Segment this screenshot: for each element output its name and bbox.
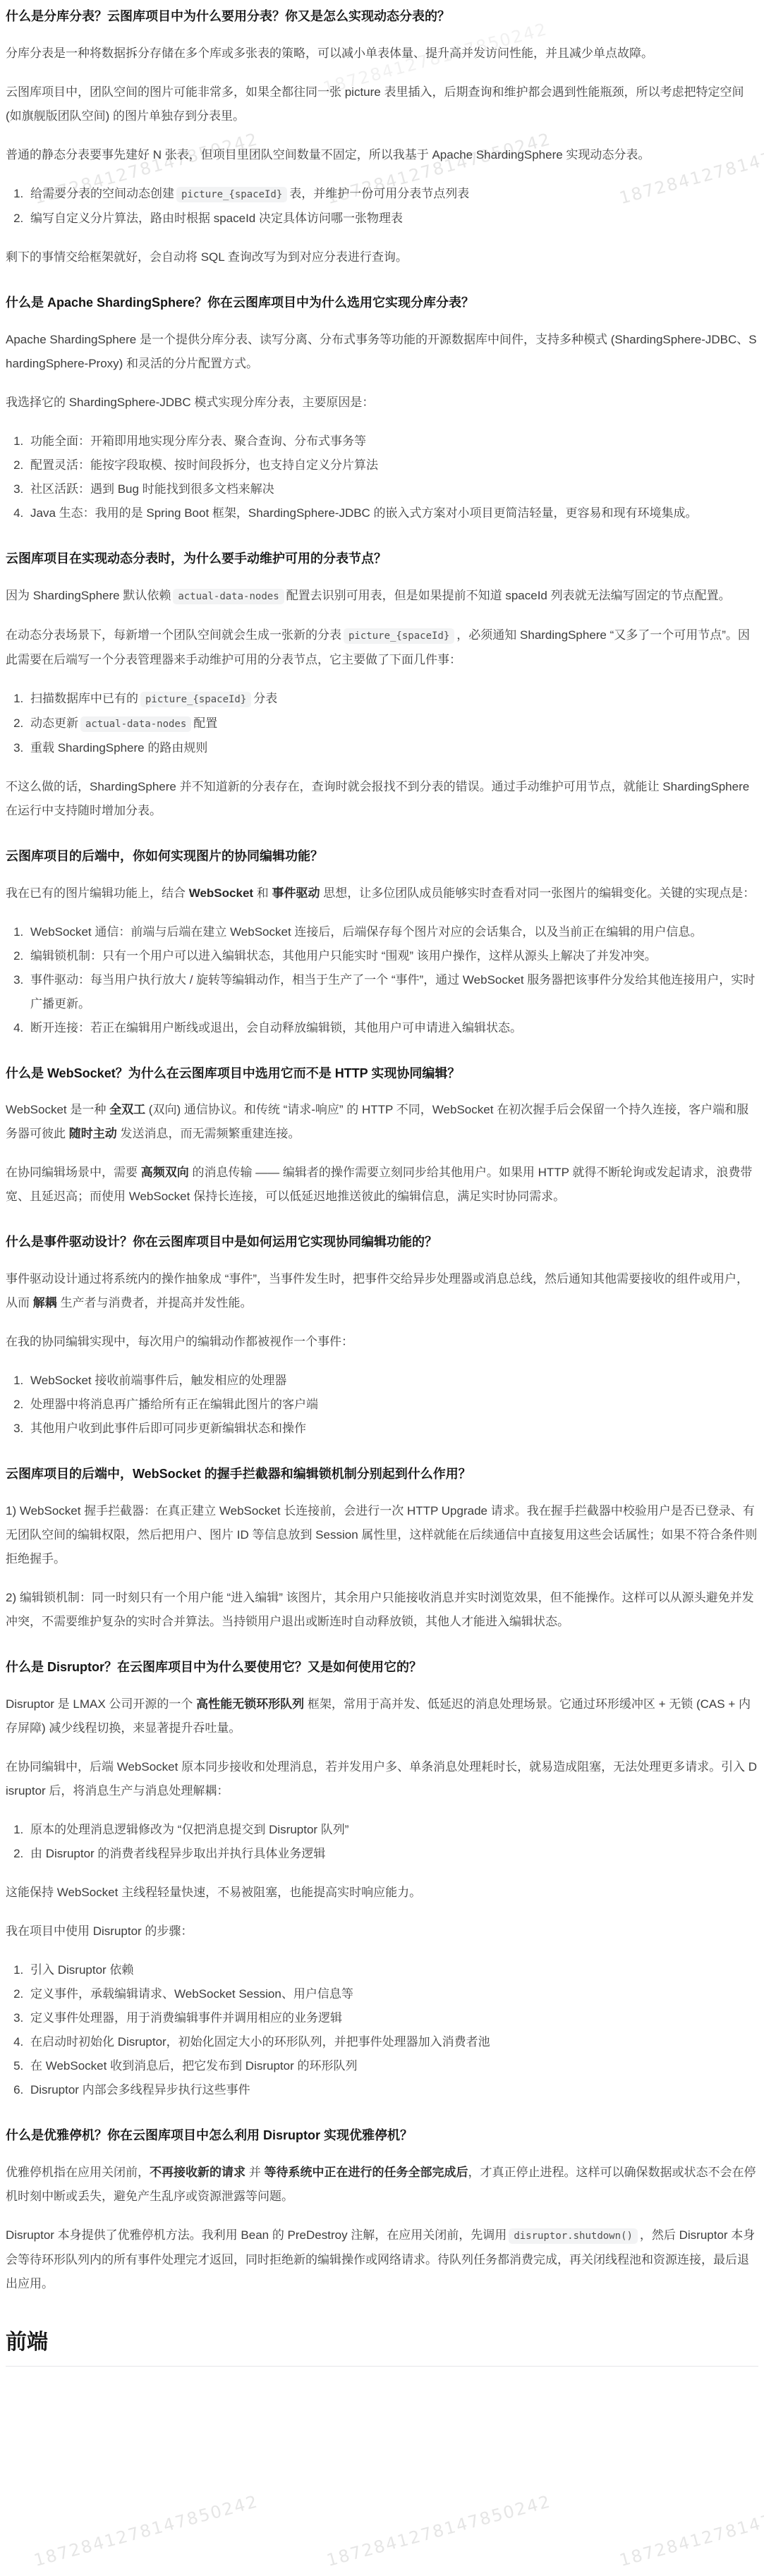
text-run: 事件驱动：每当用户执行放大 / 旋转等编辑动作，相当于生产了一个 “事件”，通过… (30, 973, 755, 1011)
paragraph: 这能保持 WebSocket 主线程轻量快速，不易被阻塞，也能提高实时响应能力。 (6, 1881, 758, 1905)
paragraph: WebSocket 是一种 全双工 (双向) 通信协议。和传统 “请求-响应” … (6, 1098, 758, 1146)
text-run: 定义事件，承载编辑请求、WebSocket Session、用户信息等 (30, 1987, 353, 2001)
paragraph: Disruptor 本身提供了优雅停机方法。我利用 Bean 的 PreDest… (6, 2223, 758, 2296)
paragraph: 因为 ShardingSphere 默认依赖actual-data-nodes配… (6, 584, 758, 609)
inline-code: picture_{spaceId} (344, 628, 454, 644)
paragraph: 在协同编辑场景中，需要 高频双向 的消息传输 —— 编辑者的操作需要立刻同步给其… (6, 1161, 758, 1209)
question-heading: 什么是分库分表？云图库项目中为什么要用分表？你又是怎么实现动态分表的？ (6, 7, 758, 27)
text-run: 定义事件处理器，用于消费编辑事件并调用相应的业务逻辑 (30, 2011, 342, 2025)
text-run: WebSocket 接收前端事件后，触发相应的处理器 (30, 1374, 286, 1387)
ordered-list: 扫描数据库中已有的picture_{spaceId}分表动态更新actual-d… (6, 687, 758, 760)
list-item: 原本的处理消息逻辑修改为 “仅把消息提交到 Disruptor 队列” (27, 1818, 758, 1842)
list-item: 重载 ShardingSphere 的路由规则 (27, 736, 758, 760)
text-run: 因为 ShardingSphere 默认依赖 (6, 589, 171, 602)
text-run: 和 (253, 886, 272, 900)
text-run: 编写自定义分片算法，路由时根据 spaceId 决定具体访问哪一张物理表 (30, 212, 403, 225)
section-divider (6, 2366, 758, 2367)
text-run: 并 (245, 2166, 264, 2179)
bold-text: 高性能无锁环形队列 (196, 1697, 304, 1711)
text-run: Disruptor 本身提供了优雅停机方法。我利用 Bean 的 PreDest… (6, 2228, 507, 2242)
text-run: 社区活跃：遇到 Bug 时能找到很多文档来解决 (30, 482, 274, 496)
text-run: 在协同编辑场景中，需要 (6, 1166, 141, 1179)
question-heading: 什么是优雅停机？你在云图库项目中怎么利用 Disruptor 实现优雅停机？ (6, 2126, 758, 2146)
text-run: 发送消息，而无需频繁重建连接。 (117, 1127, 301, 1140)
text-run: 扫描数据库中已有的 (30, 692, 138, 705)
bold-text: 事件驱动 (272, 886, 320, 900)
text-run: Apache ShardingSphere 是一个提供分库分表、读写分离、分布式… (6, 333, 757, 370)
section-title: 前端 (6, 2328, 758, 2356)
watermark: 1872841278147850242 (617, 2491, 764, 2570)
text-run: 不这么做的话，ShardingSphere 并不知道新的分表存在，查询时就会报找… (6, 780, 749, 817)
text-run: 我在已有的图片编辑功能上，结合 (6, 886, 189, 900)
text-run: 在 WebSocket 收到消息后，把它发布到 Disruptor 的环形队列 (30, 2059, 357, 2073)
list-item: 社区活跃：遇到 Bug 时能找到很多文档来解决 (27, 477, 758, 501)
text-run: 在启动时初始化 Disruptor，初始化固定大小的环形队列，并把事件处理器加入… (30, 2035, 490, 2049)
text-run: 我选择它的 ShardingSphere-JDBC 模式实现分库分表，主要原因是… (6, 396, 374, 409)
list-item: 事件驱动：每当用户执行放大 / 旋转等编辑动作，相当于生产了一个 “事件”，通过… (27, 968, 758, 1016)
question-heading: 什么是事件驱动设计？你在云图库项目中是如何运用它实现协同编辑功能的？ (6, 1233, 758, 1252)
ordered-list: WebSocket 通信：前端与后端在建立 WebSocket 连接后，后端保存… (6, 920, 758, 1040)
ordered-list: 给需要分表的空间动态创建picture_{spaceId}表，并维护一份可用分表… (6, 182, 758, 231)
text-run: Java 生态：我用的是 Spring Boot 框架，ShardingSphe… (30, 506, 698, 520)
question-heading: 云图库项目在实现动态分表时，为什么要手动维护可用的分表节点？ (6, 549, 758, 569)
text-run: 给需要分表的空间动态创建 (30, 187, 174, 200)
list-item: 配置灵活：能按字段取模、按时间段拆分，也支持自定义分片算法 (27, 453, 758, 477)
text-run: 优雅停机指在应用关闭前， (6, 2166, 150, 2179)
list-item: 功能全面：开箱即用地实现分库分表、聚合查询、分布式事务等 (27, 429, 758, 453)
watermark: 1872841278147850242 (325, 2491, 553, 2570)
text-run: 这能保持 WebSocket 主线程轻量快速，不易被阻塞，也能提高实时响应能力。 (6, 1886, 421, 1899)
list-item: 在 WebSocket 收到消息后，把它发布到 Disruptor 的环形队列 (27, 2054, 758, 2078)
ordered-list: WebSocket 接收前端事件后，触发相应的处理器处理器中将消息再广播给所有正… (6, 1369, 758, 1441)
text-run: 断开连接：若正在编辑用户断线或退出，会自动释放编辑锁，其他用户可申请进入编辑状态… (30, 1021, 522, 1034)
ordered-list: 功能全面：开箱即用地实现分库分表、聚合查询、分布式事务等配置灵活：能按字段取模、… (6, 429, 758, 525)
text-run: 我在项目中使用 Disruptor 的步骤： (6, 1924, 193, 1938)
paragraph: 事件驱动设计通过将系统内的操作抽象成 “事件”，当事件发生时，把事件交给异步处理… (6, 1267, 758, 1315)
text-run: WebSocket 通信：前端与后端在建立 WebSocket 连接后，后端保存… (30, 925, 702, 939)
text-run: 2) 编辑锁机制：同一时刻只有一个用户能 “进入编辑” 该图片，其余用户只能接收… (6, 1591, 754, 1628)
text-run: 表，并维护一份可用分表节点列表 (289, 187, 469, 200)
paragraph: Disruptor 是 LMAX 公司开源的一个 高性能无锁环形队列 框架，常用… (6, 1692, 758, 1740)
text-run: 云图库项目中，团队空间的图片可能非常多，如果全都往同一张 picture 表里插… (6, 85, 744, 123)
text-run: 1) WebSocket 握手拦截器：在真正建立 WebSocket 长连接前，… (6, 1504, 757, 1565)
text-run: 动态更新 (30, 716, 78, 730)
text-run: 普通的静态分表要事先建好 N 张表，但项目里团队空间数量不固定，所以我基于 Ap… (6, 148, 650, 161)
paragraph: 在我的协同编辑实现中，每次用户的编辑动作都被视作一个事件： (6, 1330, 758, 1354)
text-run: 原本的处理消息逻辑修改为 “仅把消息提交到 Disruptor 队列” (30, 1823, 348, 1836)
inline-code: actual-data-nodes (80, 716, 191, 732)
question-heading: 什么是 Disruptor？在云图库项目中为什么要使用它？又是如何使用它的？ (6, 1658, 758, 1678)
list-item: 断开连接：若正在编辑用户断线或退出，会自动释放编辑锁，其他用户可申请进入编辑状态… (27, 1016, 758, 1040)
page: 1872841278147850242 1872841278147850242 … (0, 0, 764, 2576)
text-run: 其他用户收到此事件后即可同步更新编辑状态和操作 (30, 1422, 306, 1435)
bold-text: 随时主动 (69, 1127, 117, 1140)
text-run: 配置灵活：能按字段取模、按时间段拆分，也支持自定义分片算法 (30, 458, 378, 472)
paragraph: 普通的静态分表要事先建好 N 张表，但项目里团队空间数量不固定，所以我基于 Ap… (6, 143, 758, 167)
list-item: 扫描数据库中已有的picture_{spaceId}分表 (27, 687, 758, 712)
text-run: 由 Disruptor 的消费者线程异步取出并执行具体业务逻辑 (30, 1847, 325, 1860)
paragraph: 在动态分表场景下，每新增一个团队空间就会生成一张新的分表picture_{spa… (6, 623, 758, 672)
list-item: 编辑锁机制：只有一个用户可以进入编辑状态，其他用户只能实时 “围观” 该用户操作… (27, 944, 758, 968)
inline-code: picture_{spaceId} (140, 692, 251, 707)
text-run: 思想，让多位团队成员能够实时查看对同一张图片的编辑变化。关键的实现点是： (320, 886, 756, 900)
text-run: Disruptor 内部会多线程异步执行这些事件 (30, 2083, 250, 2096)
paragraph: 1) WebSocket 握手拦截器：在真正建立 WebSocket 长连接前，… (6, 1499, 758, 1571)
inline-code: disruptor.shutdown() (509, 2228, 638, 2244)
text-run: 配置去识别可用表，但是如果提前不知道 spaceId 列表就无法编写固定的节点配… (286, 589, 731, 602)
text-run: 编辑锁机制：只有一个用户可以进入编辑状态，其他用户只能实时 “围观” 该用户操作… (30, 949, 657, 963)
text-run: 功能全面：开箱即用地实现分库分表、聚合查询、分布式事务等 (30, 434, 366, 448)
text-run: 在协同编辑中，后端 WebSocket 原本同步接收和处理消息，若并发用户多、单… (6, 1760, 757, 1797)
text-run: 分库分表是一种将数据拆分存储在多个库或多张表的策略，可以减小单表体量、提升高并发… (6, 47, 653, 60)
question-heading: 什么是 WebSocket？为什么在云图库项目中选用它而不是 HTTP 实现协同… (6, 1064, 758, 1084)
paragraph: 我在已有的图片编辑功能上，结合 WebSocket 和 事件驱动 思想，让多位团… (6, 881, 758, 905)
bold-text: 全双工 (109, 1103, 145, 1116)
inline-code: picture_{spaceId} (176, 187, 287, 202)
paragraph: 云图库项目中，团队空间的图片可能非常多，如果全都往同一张 picture 表里插… (6, 80, 758, 128)
list-item: 动态更新actual-data-nodes配置 (27, 712, 758, 736)
list-item: 由 Disruptor 的消费者线程异步取出并执行具体业务逻辑 (27, 1842, 758, 1866)
article: 什么是分库分表？云图库项目中为什么要用分表？你又是怎么实现动态分表的？分库分表是… (0, 0, 764, 2405)
question-heading: 云图库项目的后端中，WebSocket 的握手拦截器和编辑锁机制分别起到什么作用… (6, 1465, 758, 1484)
bold-text: 解耦 (33, 1296, 57, 1310)
paragraph: Apache ShardingSphere 是一个提供分库分表、读写分离、分布式… (6, 328, 758, 376)
question-heading: 什么是 Apache ShardingSphere？你在云图库项目中为什么选用它… (6, 293, 758, 313)
text-run: Disruptor 是 LMAX 公司开源的一个 (6, 1697, 196, 1711)
list-item: 编写自定义分片算法，路由时根据 spaceId 决定具体访问哪一张物理表 (27, 207, 758, 231)
text-run: 剩下的事情交给框架就好，会自动将 SQL 查询改写为到对应分表进行查询。 (6, 250, 408, 264)
paragraph: 在协同编辑中，后端 WebSocket 原本同步接收和处理消息，若并发用户多、单… (6, 1755, 758, 1803)
list-item: 在启动时初始化 Disruptor，初始化固定大小的环形队列，并把事件处理器加入… (27, 2030, 758, 2054)
text-run: 处理器中将消息再广播给所有正在编辑此图片的客户端 (30, 1398, 318, 1411)
paragraph: 2) 编辑锁机制：同一时刻只有一个用户能 “进入编辑” 该图片，其余用户只能接收… (6, 1586, 758, 1634)
list-item: 定义事件，承载编辑请求、WebSocket Session、用户信息等 (27, 1982, 758, 2006)
paragraph: 分库分表是一种将数据拆分存储在多个库或多张表的策略，可以减小单表体量、提升高并发… (6, 42, 758, 66)
text-run: 在我的协同编辑实现中，每次用户的编辑动作都被视作一个事件： (6, 1335, 353, 1348)
text-run: WebSocket 是一种 (6, 1103, 109, 1116)
ordered-list: 引入 Disruptor 依赖定义事件，承载编辑请求、WebSocket Ses… (6, 1958, 758, 2102)
text-run: 引入 Disruptor 依赖 (30, 1963, 133, 1977)
list-item: Disruptor 内部会多线程异步执行这些事件 (27, 2078, 758, 2102)
list-item: 引入 Disruptor 依赖 (27, 1958, 758, 1982)
text-run: 配置 (193, 716, 217, 730)
list-item: WebSocket 接收前端事件后，触发相应的处理器 (27, 1369, 758, 1393)
paragraph: 我在项目中使用 Disruptor 的步骤： (6, 1919, 758, 1943)
bold-text: 等待系统中正在进行的任务全部完成后 (264, 2166, 468, 2179)
bold-text: WebSocket (189, 886, 253, 900)
list-item: 给需要分表的空间动态创建picture_{spaceId}表，并维护一份可用分表… (27, 182, 758, 207)
paragraph: 不这么做的话，ShardingSphere 并不知道新的分表存在，查询时就会报找… (6, 775, 758, 823)
bold-text: 高频双向 (141, 1166, 189, 1179)
paragraph: 优雅停机指在应用关闭前，不再接收新的请求 并 等待系统中正在进行的任务全部完成后… (6, 2161, 758, 2209)
text-run: 重载 ShardingSphere 的路由规则 (30, 741, 207, 755)
text-run: 在动态分表场景下，每新增一个团队空间就会生成一张新的分表 (6, 628, 341, 642)
inline-code: actual-data-nodes (173, 589, 284, 604)
list-item: 定义事件处理器，用于消费编辑事件并调用相应的业务逻辑 (27, 2006, 758, 2030)
list-item: WebSocket 通信：前端与后端在建立 WebSocket 连接后，后端保存… (27, 920, 758, 944)
paragraph: 我选择它的 ShardingSphere-JDBC 模式实现分库分表，主要原因是… (6, 391, 758, 415)
list-item: 其他用户收到此事件后即可同步更新编辑状态和操作 (27, 1417, 758, 1441)
paragraph: 剩下的事情交给框架就好，会自动将 SQL 查询改写为到对应分表进行查询。 (6, 245, 758, 269)
watermark: 1872841278147850242 (32, 2491, 260, 2570)
ordered-list: 原本的处理消息逻辑修改为 “仅把消息提交到 Disruptor 队列”由 Dis… (6, 1818, 758, 1866)
text-run: 分表 (253, 692, 277, 705)
list-item: Java 生态：我用的是 Spring Boot 框架，ShardingSphe… (27, 501, 758, 525)
bold-text: 不再接收新的请求 (150, 2166, 245, 2179)
question-heading: 云图库项目的后端中，你如何实现图片的协同编辑功能？ (6, 847, 758, 867)
text-run: 生产者与消费者，并提高并发性能。 (57, 1296, 253, 1310)
list-item: 处理器中将消息再广播给所有正在编辑此图片的客户端 (27, 1393, 758, 1417)
